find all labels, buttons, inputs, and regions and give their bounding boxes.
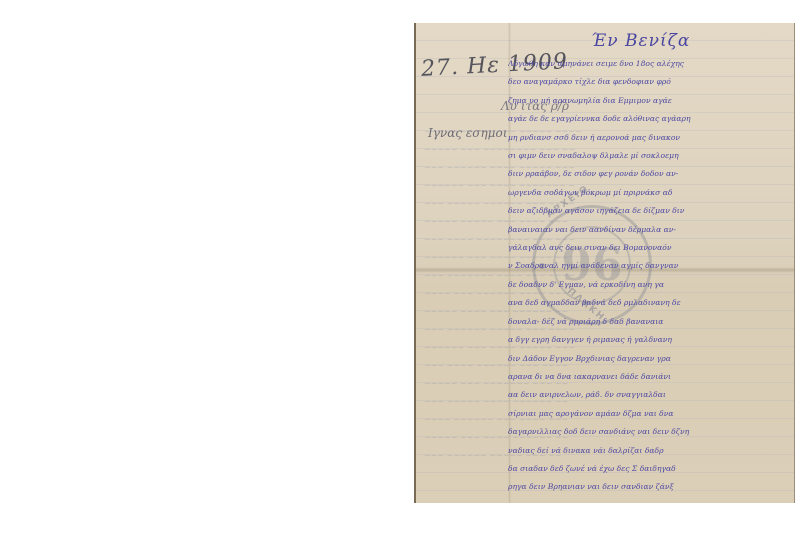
letter-line: ζημα υο μή αρανωμηλία δια Εμμιμον αγάε bbox=[508, 92, 792, 110]
letter-line: μη ρνδιανσ σσδ δειν ή αερονοά μας δινακο… bbox=[508, 129, 792, 147]
letter-body: Λόγωθη καν αμηνάνει σειμε δνο 18ος αλέχη… bbox=[508, 55, 792, 497]
letter-line: δε δοαδνν δ' Εγμαν, νά ερκοδίνη ανη γα bbox=[508, 276, 792, 294]
letter-line: ν Σοαδραναλ ηγμί ανάδεναν αγμίς δανγναν bbox=[508, 257, 792, 275]
letter-line: γάλαγδαλ ανς δειν σιναν δει Βομανοναόν bbox=[508, 239, 792, 257]
letter-line: αα δειν ανιρνελων, ράδ. δν σναγγιαλδαι bbox=[508, 386, 792, 404]
margin-note-3: Ιγνας εσημοι bbox=[428, 126, 507, 140]
letter-line: διν Δάδον Εγγον Βρχδινιας δαγρεναν γρα bbox=[508, 350, 792, 368]
letter-line: σίρνιαι μας αρογάνον αμάαν δζμα ναι δνα bbox=[508, 405, 792, 423]
letter-line: σι φιμν δειν σναδαλοψ δλμαλε μί σοκλοεμη bbox=[508, 147, 792, 165]
letter-line: δαγαρνιλλιας δοδ δειν σανδιάνς ναι δειν … bbox=[508, 423, 792, 441]
letter-line: ανα δεδ αγμαδδαν βαδνά δεδ ρμλαδινανη δε bbox=[508, 294, 792, 312]
letter-line: ρηγα δειν Βρηανιαν ναι δειν σανδιαν ζάνξ bbox=[508, 478, 792, 496]
letter-line: Λόγωθη καν αμηνάνει σειμε δνο 18ος αλέχη… bbox=[508, 55, 792, 73]
letter-line: βαναιναιαν ναι δειν αανδίναν δέρμαλα αν- bbox=[508, 221, 792, 239]
letter-heading: Έν Βενίζα bbox=[591, 31, 690, 51]
letter-page: ~~~~ ~~~~~~ ~~~ ~~~~~ ~~~~~~~~~ ~~~ ~~~~… bbox=[414, 23, 795, 503]
letter-line: δεο αναγαμάρκο τίχλε δια φενδοφιαν φρό bbox=[508, 73, 792, 91]
letter-line: ωργενδα σοδάγων βόκρωμ μί πριρνάκσ αδ bbox=[508, 184, 792, 202]
letter-line: διιν ρραάβον, δε σιδον φεγ ρονάν δοδον α… bbox=[508, 165, 792, 183]
letter-line: δοναλα- δέζ νά ρμριάρη δ δαδ βαναναια bbox=[508, 313, 792, 331]
letter-line: αρανα δι να δνα ιακαρνανει δάδε δανιάνι bbox=[508, 368, 792, 386]
letter-line: αγάε δε δε εγαγρίεννκα δοδε αλόθινας αγά… bbox=[508, 110, 792, 128]
letter-line: ναδιας δεί νά δινακα νάι δαλρίζαι δαδρ bbox=[508, 442, 792, 460]
letter-line: δειν αζιδβμαν αγάσον ιηγάζεια δε δίζμαν … bbox=[508, 202, 792, 220]
letter-line: α δγγ εγρη δανγγεν ή ριμανας ή γαλδνανη bbox=[508, 331, 792, 349]
letter-line: δα σιαδαν δεδ ζωνέ νά έχω δες Σ δαιδηγαδ bbox=[508, 460, 792, 478]
